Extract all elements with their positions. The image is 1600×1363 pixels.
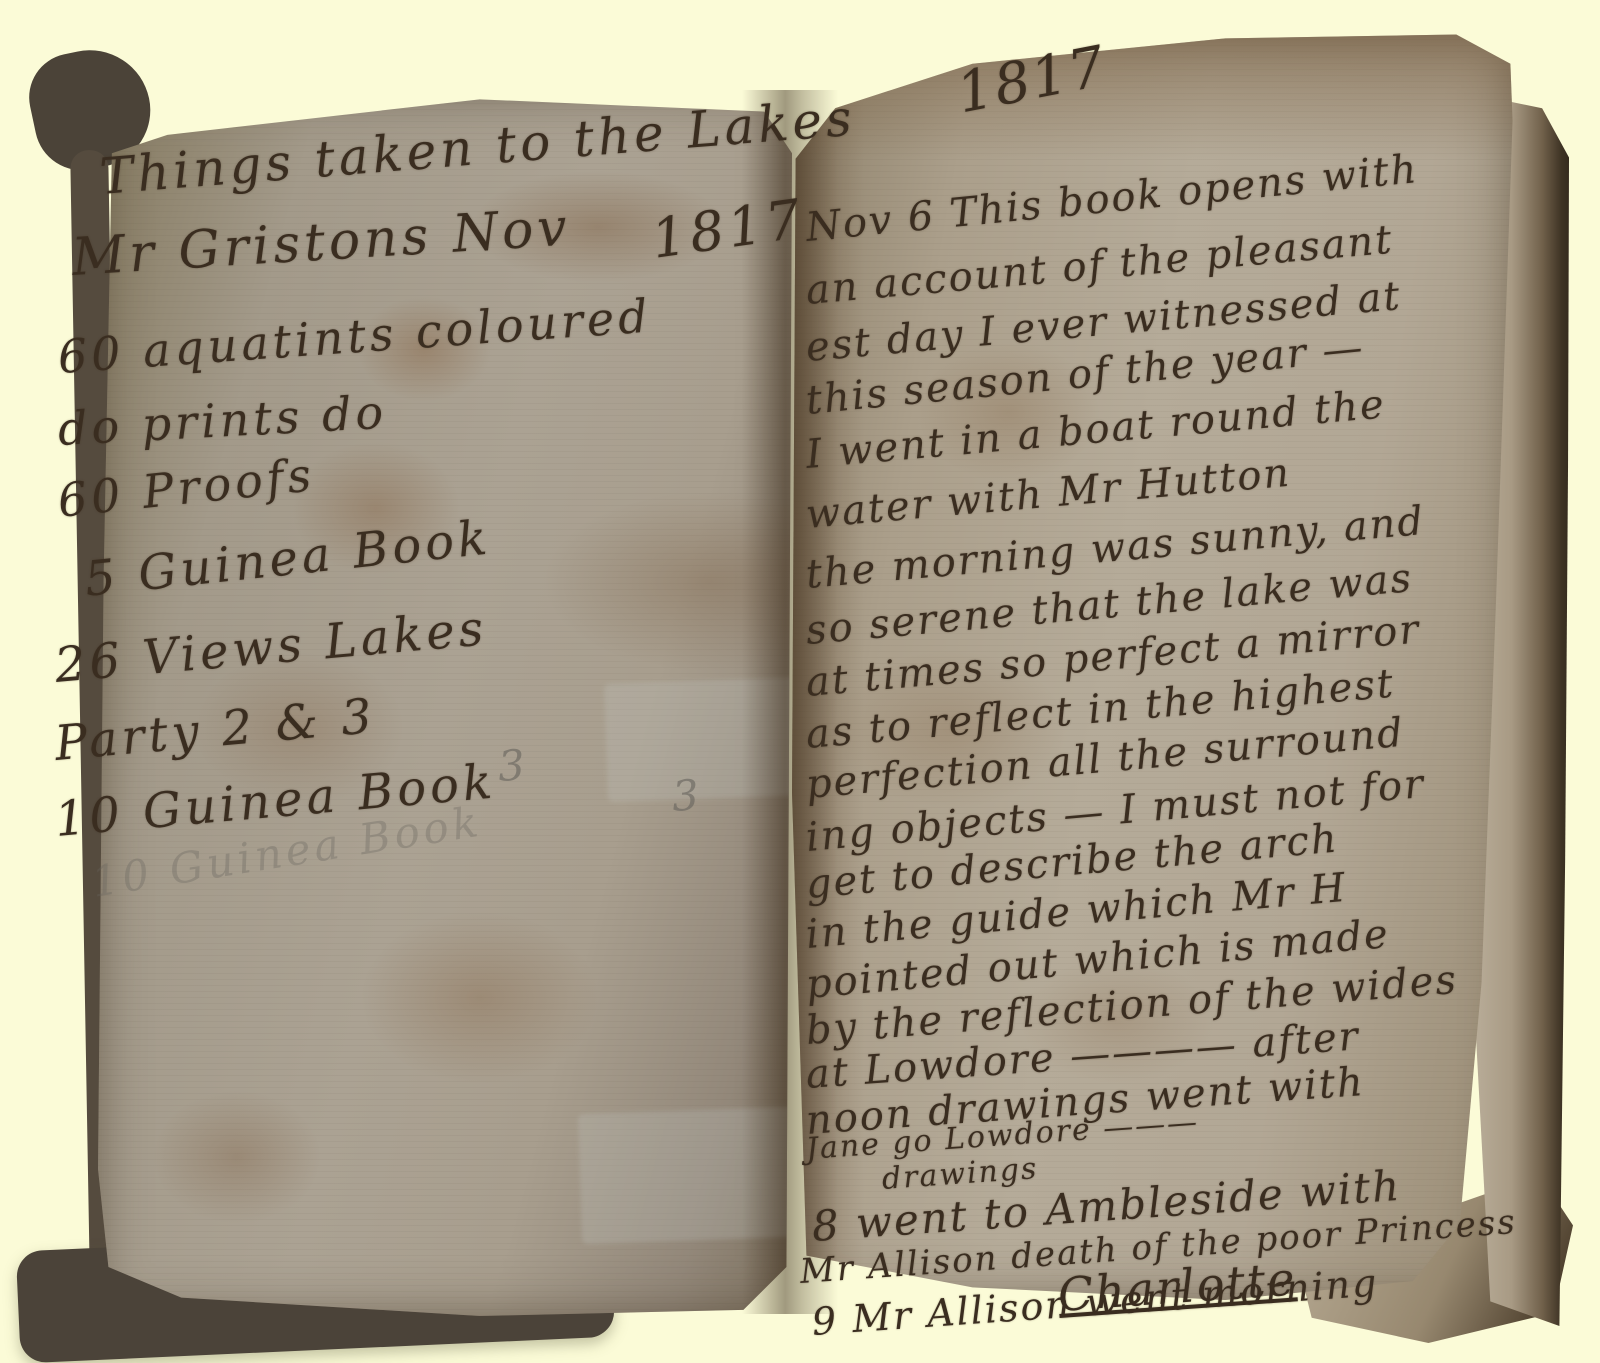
pencil-mark: 3 xyxy=(670,770,700,821)
notebook-photo: Things taken to the Lakes Mr Gristons No… xyxy=(0,0,1600,1363)
pencil-mark: 3 xyxy=(496,740,526,791)
